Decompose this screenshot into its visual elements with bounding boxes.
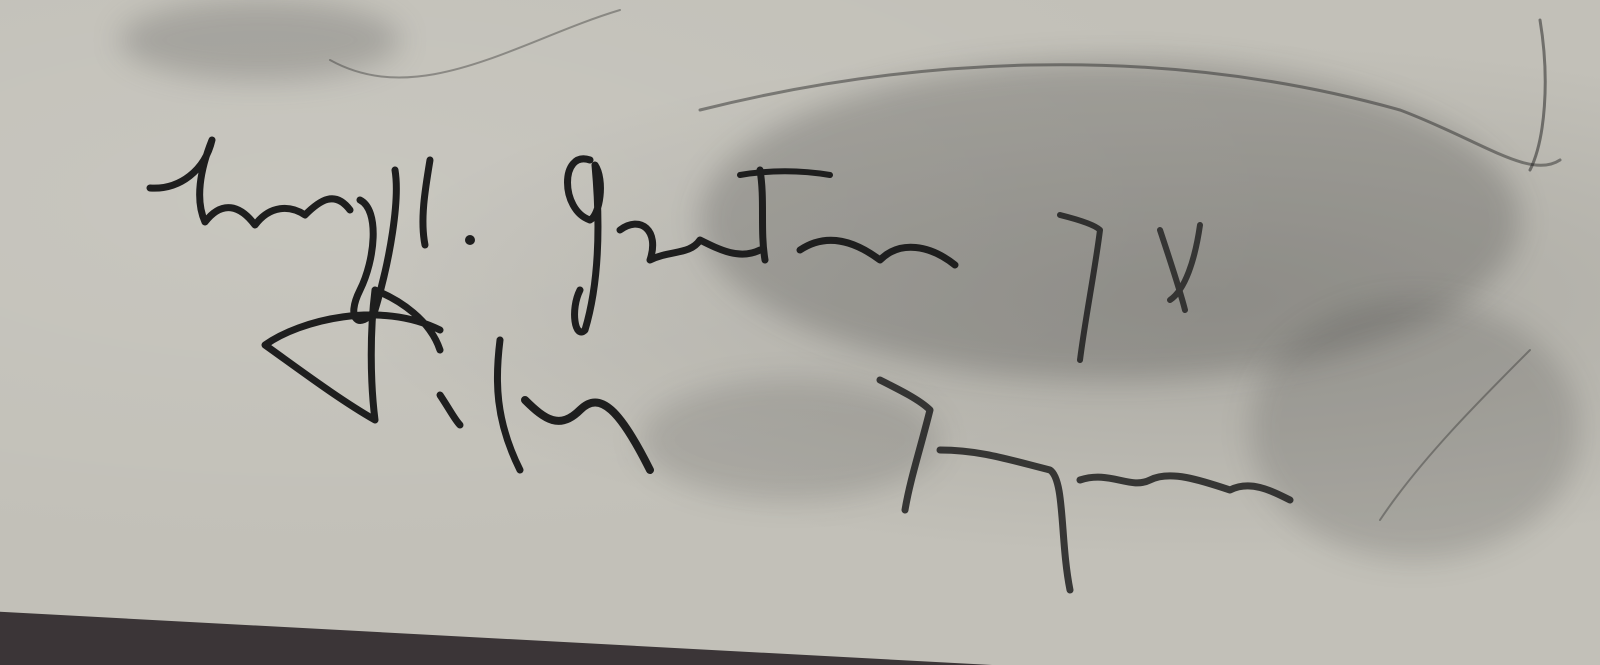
sketch-paper xyxy=(0,0,1600,665)
sketch-strokes xyxy=(0,0,1600,665)
